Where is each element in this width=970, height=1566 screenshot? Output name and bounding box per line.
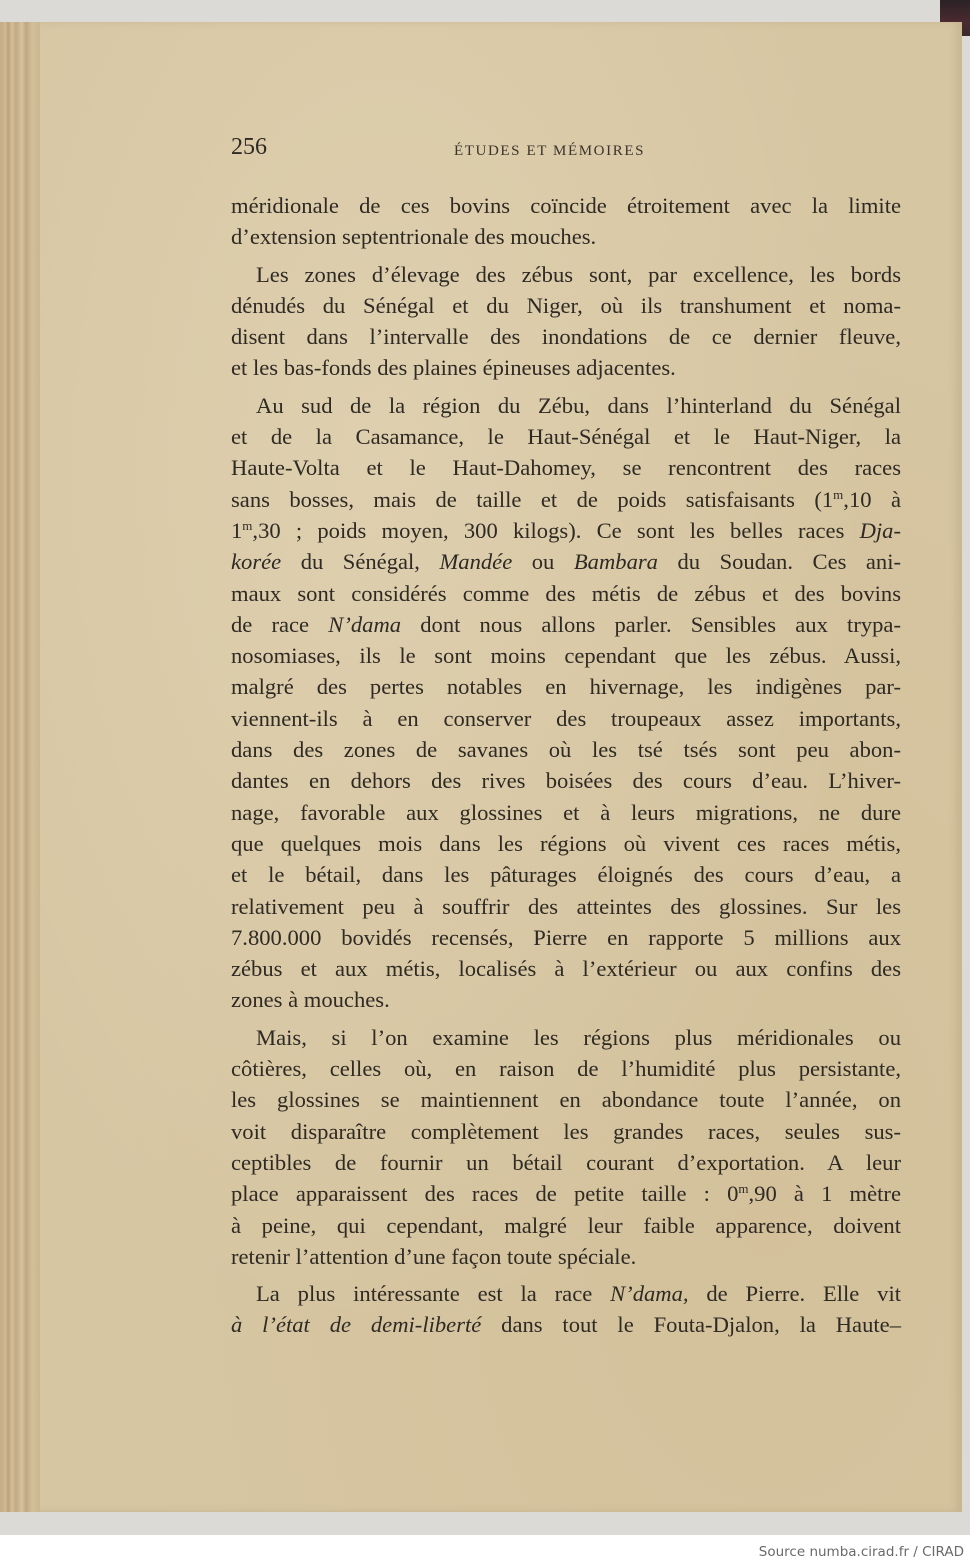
text-line: retenir l’attention d’une façon toute sp…: [231, 1241, 901, 1272]
page-stack-edges: [0, 22, 40, 1512]
text-line: disent dans l’intervalle des inondations…: [231, 321, 901, 352]
text-line: Au sud de la région du Zébu, dans l’hint…: [231, 390, 901, 421]
text-run: ,10 à: [843, 487, 901, 512]
text-line: voit disparaître complètement les grande…: [231, 1116, 901, 1147]
text-line: maux sont considérés comme des métis de …: [231, 578, 901, 609]
italic-run: Bambara: [574, 549, 658, 574]
italic-run: N’dama,: [610, 1281, 688, 1306]
text-line: et de la Casamance, le Haut-Sénégal et l…: [231, 421, 901, 452]
text-run: ,30 ; poids moyen, 300 kilogs). Ce sont …: [252, 518, 859, 543]
text-line: viennent-ils à en conserver des troupeau…: [231, 703, 901, 734]
text-run: La plus intéressante est la race: [256, 1281, 610, 1306]
text-line: nage, favorable aux glossines et à leurs…: [231, 797, 901, 828]
text-line: les glossines se maintiennent en abondan…: [231, 1084, 901, 1115]
text-line: côtières, celles où, en raison de l’humi…: [231, 1053, 901, 1084]
text-line: place apparaissent des races de petite t…: [231, 1178, 901, 1209]
superscript: m: [833, 487, 843, 502]
page-number: 256: [231, 134, 267, 161]
text-line: zébus et aux métis, localisés à l’extéri…: [231, 953, 901, 984]
paragraph-4: Mais, si l’on examine les régions plus m…: [231, 1022, 901, 1272]
text-run: ou: [512, 549, 574, 574]
italic-run: Dja-: [860, 518, 901, 543]
text-line: à l’état de demi-liberté dans tout le Fo…: [231, 1309, 901, 1340]
page-text-block: 256 ÉTUDES ET MÉMOIRES méridionale de ce…: [231, 128, 901, 1347]
text-line: sans bosses, mais de taille et de poids …: [231, 484, 901, 515]
italic-run: korée: [231, 549, 281, 574]
running-head-title: ÉTUDES ET MÉMOIRES: [454, 143, 645, 160]
text-line: d’extension septentrionale des mouches.: [231, 221, 901, 252]
text-run: sans bosses, mais de taille et de poids …: [231, 487, 833, 512]
text-line: Mais, si l’on examine les régions plus m…: [231, 1022, 901, 1053]
text-run: du Soudan. Ces ani-: [658, 549, 901, 574]
text-line: et le bétail, dans les pâturages éloigné…: [231, 859, 901, 890]
text-run: place apparaissent des races de petite t…: [231, 1181, 738, 1206]
text-run: ,90 à 1 mètre: [749, 1181, 901, 1206]
text-line: à peine, qui cependant, malgré leur faib…: [231, 1210, 901, 1241]
superscript: m: [242, 518, 252, 533]
text-line: nosomiases, ils le sont moins cependant …: [231, 640, 901, 671]
paragraph-2: Les zones d’élevage des zébus sont, par …: [231, 259, 901, 384]
text-line: La plus intéressante est la race N’dama,…: [231, 1278, 901, 1309]
text-run: du Sénégal,: [281, 549, 439, 574]
text-run: 1: [231, 518, 242, 543]
text-line: relativement peu à souffrir des atteinte…: [231, 891, 901, 922]
italic-run: Mandée: [439, 549, 512, 574]
body-text: méridionale de ces bovins coïncide étroi…: [231, 190, 901, 1341]
text-line: méridionale de ces bovins coïncide étroi…: [231, 190, 901, 221]
running-head: 256 ÉTUDES ET MÉMOIRES: [231, 128, 901, 168]
text-line: de race N’dama dont nous allons parler. …: [231, 609, 901, 640]
text-line: que quelques mois dans les régions où vi…: [231, 828, 901, 859]
paragraph-1: méridionale de ces bovins coïncide étroi…: [231, 190, 901, 253]
text-line: Les zones d’élevage des zébus sont, par …: [231, 259, 901, 290]
text-line: dantes en dehors des rives boisées des c…: [231, 765, 901, 796]
italic-run: N’dama: [328, 612, 401, 637]
text-line: malgré des pertes notables en hivernage,…: [231, 671, 901, 702]
text-line: ceptibles de fournir un bétail courant d…: [231, 1147, 901, 1178]
italic-run: à l’état de demi-liberté: [231, 1312, 481, 1337]
text-run: dont nous allons parler. Sensibles aux t…: [401, 612, 901, 637]
text-run: dans tout le Fouta-Djalon, la Haute–: [481, 1312, 901, 1337]
text-line: zones à mouches.: [231, 984, 901, 1015]
text-line: 7.800.000 bovidés recensés, Pierre en ra…: [231, 922, 901, 953]
superscript: m: [738, 1181, 748, 1196]
source-credit: Source numba.cirad.fr / CIRAD: [759, 1544, 964, 1560]
text-run: de race: [231, 612, 328, 637]
text-line: dénudés du Sénégal et du Niger, où ils t…: [231, 290, 901, 321]
text-line: korée du Sénégal, Mandée ou Bambara du S…: [231, 546, 901, 577]
text-line: 1m,30 ; poids moyen, 300 kilogs). Ce son…: [231, 515, 901, 546]
paragraph-5: La plus intéressante est la race N’dama,…: [231, 1278, 901, 1341]
text-line: Haute-Volta et le Haut-Dahomey, se renco…: [231, 452, 901, 483]
text-run: de Pierre. Elle vit: [689, 1281, 901, 1306]
text-line: dans des zones de savanes où les tsé tsé…: [231, 734, 901, 765]
paragraph-3: Au sud de la région du Zébu, dans l’hint…: [231, 390, 901, 1016]
text-line: et les bas-fonds des plaines épineuses a…: [231, 352, 901, 383]
